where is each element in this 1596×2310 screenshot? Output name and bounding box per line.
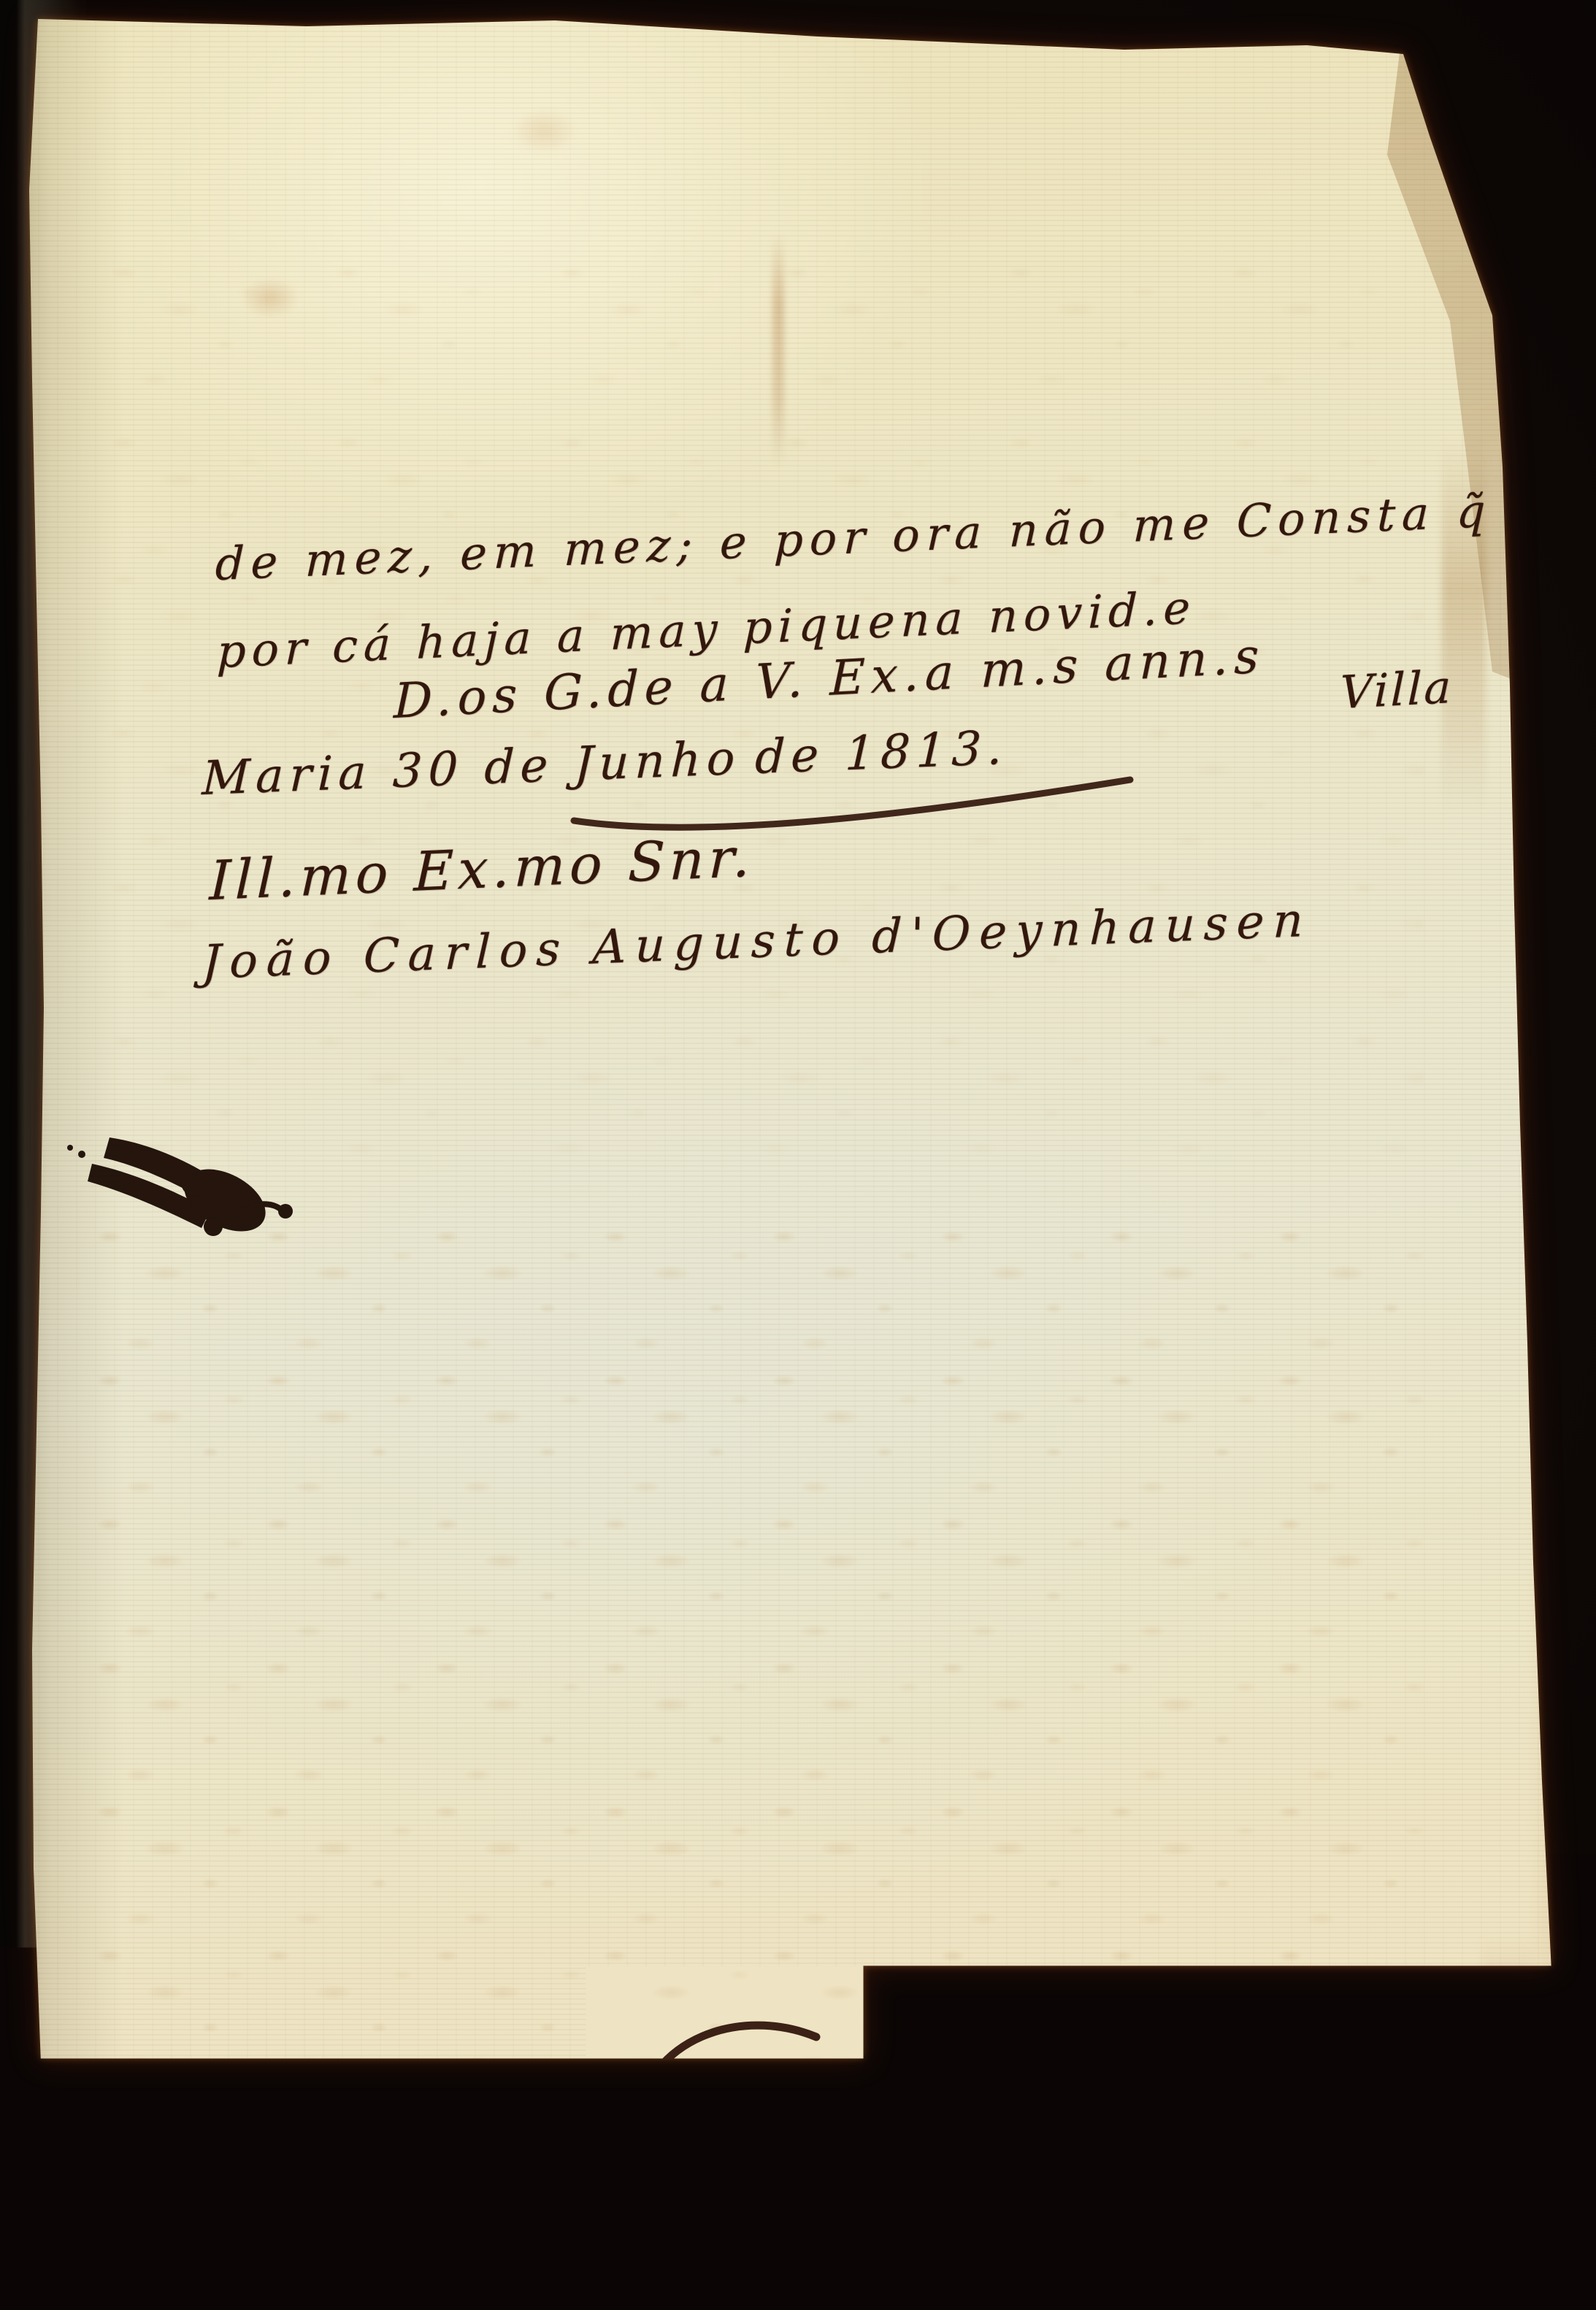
photograph-scene: de mez, em mez; e por ora não me Consta …	[0, 0, 1596, 2310]
corner-water-stain	[175, 2212, 314, 2292]
top-right-fold-crease	[0, 0, 1596, 2310]
closing-place-word: Villa	[1340, 660, 1454, 719]
signature-area-stain	[1387, 2161, 1570, 2271]
signature-name: João Pereira Leite	[848, 2093, 1541, 2199]
dateline-underlined-year: de 1813.	[754, 721, 1008, 785]
addressee-name: João Carlos Augusto d'Oeynhausen	[202, 894, 1313, 991]
ink-spatter	[597, 2130, 661, 2239]
vertical-stain-streak	[772, 234, 784, 467]
salutation: Ill.mo Ex.mo Snr.	[209, 826, 756, 913]
stain-spot	[241, 277, 299, 318]
manuscript-page: de mez, em mez; e por ora não me Consta …	[0, 0, 1596, 2310]
dateline: Maria 30 de Junhode 1813.	[202, 721, 1009, 807]
body-line-1: de mez, em mez; e por ora não me Consta …	[215, 484, 1492, 591]
manuscript-page-wrap: de mez, em mez; e por ora não me Consta …	[0, 0, 1596, 2310]
ink-overlay	[0, 0, 1596, 2310]
ink-blot	[67, 1137, 293, 1244]
dateline-prefix: Maria 30 de Junho	[202, 732, 742, 806]
corner-water-stain	[31, 2126, 218, 2291]
showthrough-mottling-middle	[95, 1227, 1438, 2095]
stain-spot	[511, 110, 577, 153]
laid-paper-texture	[0, 0, 1596, 2310]
